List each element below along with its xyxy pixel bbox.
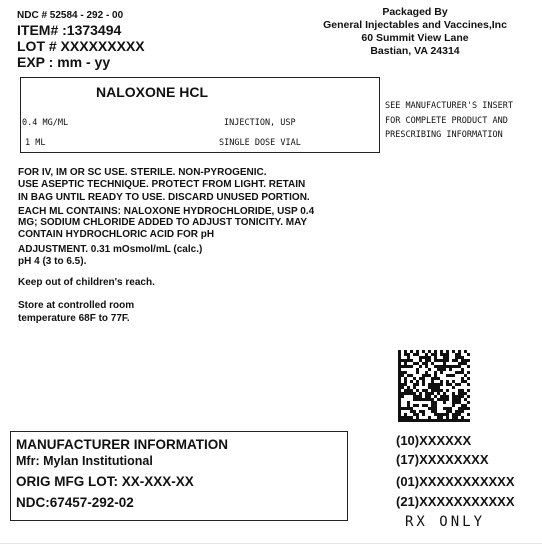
item-number: ITEM# :1373494	[17, 22, 121, 38]
gs1-gtin: (01)XXXXXXXXXXX	[396, 474, 515, 489]
packager-city: Bastian, VA 24314	[300, 45, 530, 58]
gs1-batch: (10)XXXXXX	[396, 433, 471, 448]
manufacturer-name: Mfr: Mylan Institutional	[16, 454, 153, 468]
original-lot: ORIG MFG LOT: XX-XXX-XX	[16, 474, 194, 489]
packager-street: 60 Summit View Lane	[300, 32, 530, 45]
storage-line: Store at controlled room	[18, 300, 134, 313]
manufacturer-info-box: MANUFACTURER INFORMATION Mfr: Mylan Inst…	[10, 431, 348, 521]
dosage-form: INJECTION, USP	[224, 118, 296, 128]
storage-line: temperature 68F to 77F.	[18, 313, 134, 326]
manufacturer-heading: MANUFACTURER INFORMATION	[16, 437, 228, 452]
packager-info: Packaged By General Injectables and Vacc…	[300, 6, 530, 58]
packager-heading: Packaged By	[300, 6, 530, 19]
container-type: SINGLE DOSE VIAL	[219, 138, 301, 148]
insert-note-line: PRESCRIBING INFORMATION	[385, 128, 540, 143]
directions-line: ADJUSTMENT. 0.31 mOsmol/mL (calc.)	[18, 244, 314, 256]
storage-instructions: Store at controlled room temperature 68F…	[18, 300, 134, 325]
manufacturer-ndc: NDC:67457-292-02	[16, 495, 134, 510]
gs1-expiry: (17)XXXXXXXX	[396, 452, 489, 467]
gs1-serial: (21)XXXXXXXXXXX	[396, 494, 515, 509]
insert-note-line: FOR COMPLETE PRODUCT AND	[385, 114, 540, 129]
directions-line: IN BAG UNTIL READY TO USE. DISCARD UNUSE…	[18, 192, 314, 204]
insert-note: SEE MANUFACTURER'S INSERT FOR COMPLETE P…	[385, 99, 540, 143]
lot-number: LOT # XXXXXXXXX	[17, 38, 145, 54]
directions-line: FOR IV, IM OR SC USE. STERILE. NON-PYROG…	[18, 167, 314, 179]
child-warning: Keep out of children's reach.	[18, 277, 155, 288]
directions-line: pH 4 (3 to 6.5).	[18, 256, 314, 268]
bottom-divider	[0, 543, 542, 544]
drug-name: NALOXONE HCL	[96, 84, 208, 100]
usage-directions: FOR IV, IM OR SC USE. STERILE. NON-PYROG…	[18, 167, 314, 267]
directions-line: CONTAIN HYDROCHLORIC ACID FOR pH	[18, 229, 314, 241]
directions-line: USE ASEPTIC TECHNIQUE. PROTECT FROM LIGH…	[18, 179, 314, 191]
rx-only-label: RX ONLY	[405, 514, 485, 530]
directions-line: MG; SODIUM CHLORIDE ADDED TO ADJUST TONI…	[18, 217, 314, 229]
directions-line: EACH ML CONTAINS: NALOXONE HYDROCHLORIDE…	[18, 206, 314, 218]
data-matrix-barcode-icon	[398, 350, 470, 422]
packager-company: General Injectables and Vaccines,Inc	[300, 19, 530, 32]
insert-note-line: SEE MANUFACTURER'S INSERT	[385, 99, 540, 114]
expiration-date: EXP : mm - yy	[17, 54, 110, 70]
packager-ndc: NDC # 52584 - 292 - 00	[17, 10, 123, 21]
drug-strength: 0.4 MG/ML	[22, 118, 68, 128]
drug-info-box: NALOXONE HCL 0.4 MG/ML INJECTION, USP 1 …	[20, 77, 380, 153]
fill-volume: 1 ML	[25, 138, 45, 148]
